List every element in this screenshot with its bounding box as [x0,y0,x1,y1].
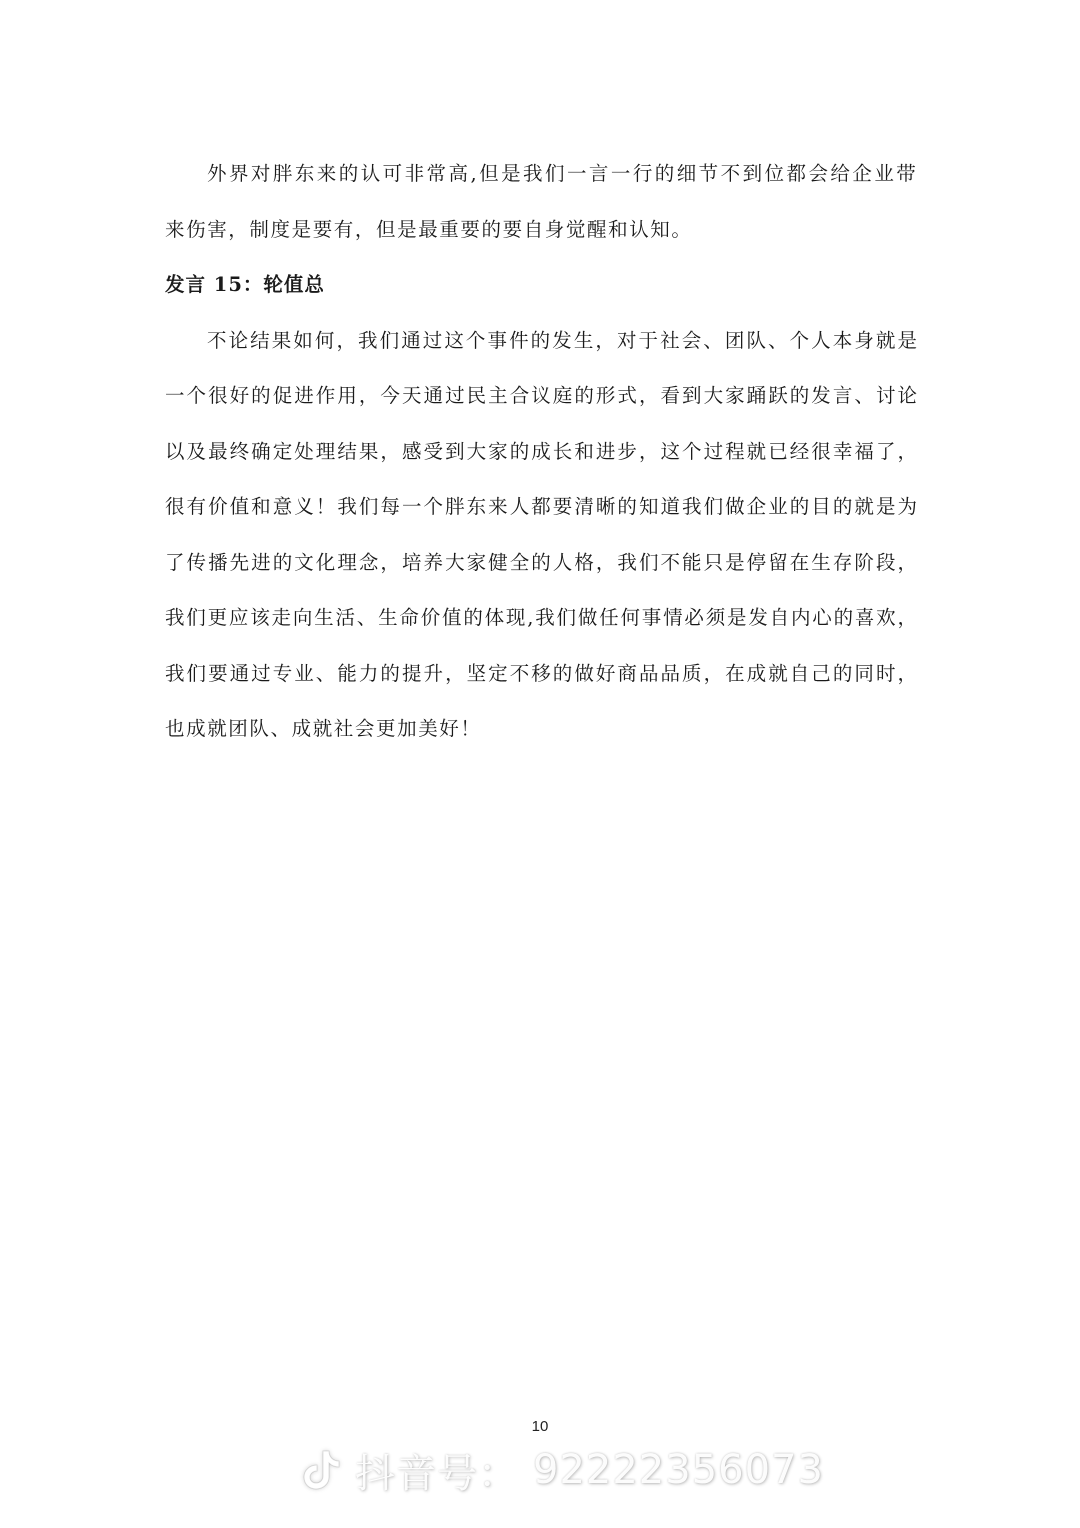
watermark-label: 抖音号： [355,1442,519,1499]
paragraph-1: 外界对胖东来的认可非常高,但是我们一言一行的细节不到位都会给企业带 来伤害，制度… [165,146,917,257]
paragraph-line: 我们要通过专业、能力的提升，坚定不移的做好商品品质，在成就自己的同时， [165,646,917,702]
paragraph-line: 很有价值和意义！我们每一个胖东来人都要清晰的知道我们做企业的目的就是为 [165,479,917,535]
paragraph-line: 我们更应该走向生活、生命价值的体现,我们做任何事情必须是发自内心的喜欢， [165,590,917,646]
page-number: 10 [0,1418,1080,1435]
paragraph-line: 外界对胖东来的认可非常高,但是我们一言一行的细节不到位都会给企业带 [165,146,917,202]
watermark-account-id: 92222356073 [533,1447,824,1493]
document-page: 外界对胖东来的认可非常高,但是我们一言一行的细节不到位都会给企业带 来伤害，制度… [0,0,1080,1528]
watermark: 抖音号： 92222356073 [303,1442,824,1498]
page-content: 外界对胖东来的认可非常高,但是我们一言一行的细节不到位都会给企业带 来伤害，制度… [165,146,917,757]
paragraph-line: 来伤害，制度是要有，但是最重要的要自身觉醒和认知。 [165,202,917,258]
paragraph-line: 以及最终确定处理结果，感受到大家的成长和进步，这个过程就已经很幸福了， [165,424,917,480]
paragraph-2: 不论结果如何，我们通过这个事件的发生，对于社会、团队、个人本身就是 一个很好的促… [165,313,917,757]
paragraph-line: 也成就团队、成就社会更加美好！ [165,701,917,757]
paragraph-line: 了传播先进的文化理念，培养大家健全的人格，我们不能只是停留在生存阶段， [165,535,917,591]
tiktok-icon [303,1449,341,1491]
paragraph-line: 一个很好的促进作用，今天通过民主合议庭的形式，看到大家踊跃的发言、讨论 [165,368,917,424]
paragraph-line: 不论结果如何，我们通过这个事件的发生，对于社会、团队、个人本身就是 [165,313,917,369]
section-heading: 发言 15：轮值总 [165,257,917,313]
